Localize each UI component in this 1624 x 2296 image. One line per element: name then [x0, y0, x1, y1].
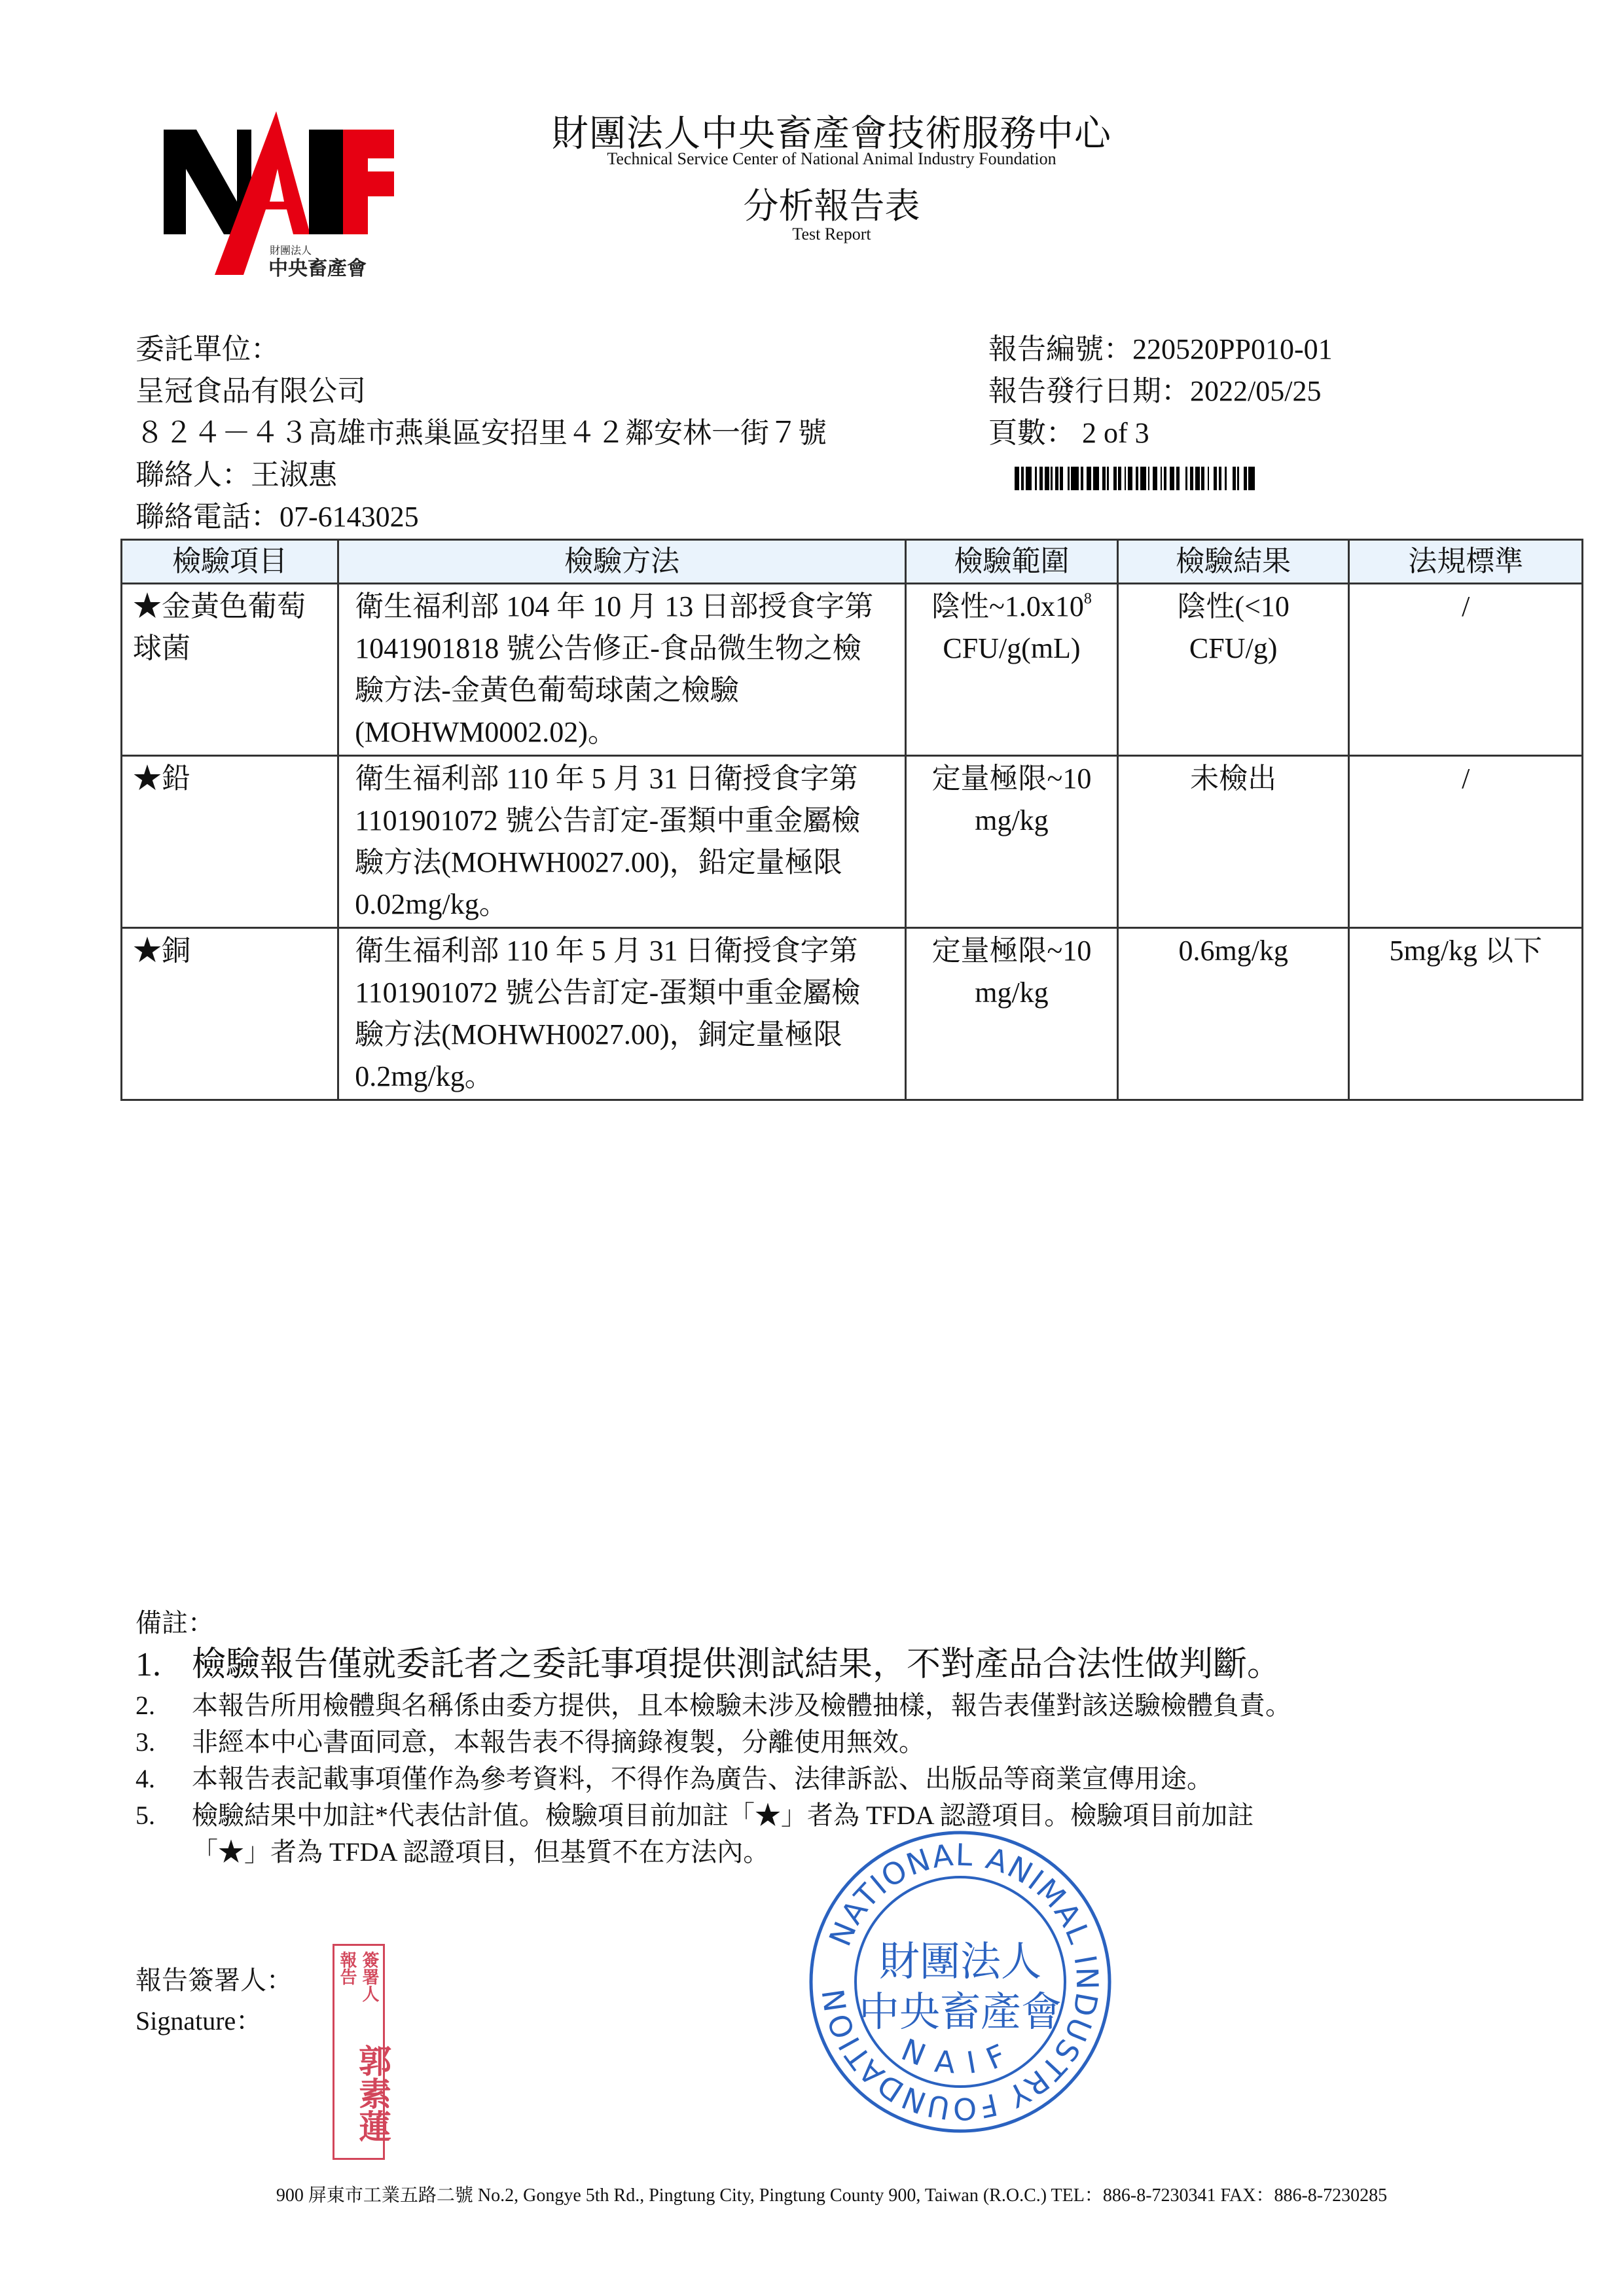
note-item-5: 5.檢驗結果中加註*代表估計值。檢驗項目前加註「★」者為 TFDA 認證項目。檢… — [135, 1797, 1291, 1834]
signature-label-zh: 報告簽署人： — [135, 1960, 293, 2001]
svg-text:財團法人: 財團法人 — [879, 1937, 1041, 1985]
note-item-1: 1.檢驗報告僅就委託者之委託事項提供測試結果，不對產品合法性做判斷。 — [135, 1636, 1281, 1685]
signature-stamp: 報告 簽署人 郭素蓮 — [333, 1944, 385, 2160]
report-meta: 報告編號：220520PP010-01 報告發行日期：2022/05/25 頁數… — [988, 329, 1333, 454]
svg-text:中央畜產會: 中央畜產會 — [859, 1988, 1062, 2036]
report-issue-date: 報告發行日期：2022/05/25 — [988, 370, 1333, 412]
cell-item: ★銅 — [122, 928, 338, 1100]
table-row: ★銅 衛生福利部 110 年 5 月 31 日衛授食字第 1101901072 … — [122, 928, 1583, 1100]
cell-range: 定量極限~10mg/kg — [906, 756, 1118, 928]
client-label: 委託單位： — [135, 329, 827, 370]
cell-method: 衛生福利部 110 年 5 月 31 日衛授食字第 1101901072 號公告… — [338, 756, 906, 928]
note-item-4: 4.本報告表記載事項僅作為參考資料，不得作為廣告、法律訴訟、出版品等商業宣傳用途… — [135, 1761, 1291, 1797]
cell-standard: / — [1349, 756, 1583, 928]
note-item-3: 3.非經本中心書面同意，本報告表不得摘錄複製，分離使用無效。 — [135, 1724, 1291, 1761]
notes-list: 2.本報告所用檢體與名稱係由委方提供，且本檢驗未涉及檢體抽樣，報告表僅對該送驗檢… — [135, 1687, 1291, 1871]
signer-name: 郭素蓮 — [354, 2044, 391, 2142]
cell-result: 陰性(<10 CFU/g) — [1117, 584, 1349, 756]
cell-range: 定量極限~10mg/kg — [906, 928, 1118, 1100]
signature-label: 報告簽署人： Signature： — [135, 1960, 293, 2041]
signature-label-en: Signature： — [135, 2001, 293, 2041]
cell-method: 衛生福利部 110 年 5 月 31 日衛授食字第 1101901072 號公告… — [338, 928, 906, 1100]
cell-method: 衛生福利部 104 年 10 月 13 日部授食字第 1041901818 號公… — [338, 584, 906, 756]
client-company: 呈冠食品有限公司 — [135, 370, 827, 412]
report-title-en: Test Report — [0, 224, 1624, 244]
header-regulation-standard: 法規標準 — [1349, 540, 1583, 584]
header-test-method: 檢驗方法 — [338, 540, 906, 584]
svg-text:NAIF: NAIF — [897, 2032, 1024, 2081]
cell-range: 陰性~1.0x108CFU/g(mL) — [906, 584, 1118, 756]
cell-item: ★金黃色葡萄球菌 — [122, 584, 338, 756]
client-info: 委託單位： 呈冠食品有限公司 ８２４－４３高雄市燕巢區安招里４２鄰安林一街７號 … — [135, 329, 827, 538]
note-item-5-continued: 「★」者為 TFDA 認證項目，但基質不在方法內。 — [135, 1834, 1291, 1871]
client-phone: 聯絡電話：07-6143025 — [135, 496, 827, 538]
header-test-item: 檢驗項目 — [122, 540, 338, 584]
table-header-row: 檢驗項目 檢驗方法 檢驗範圍 檢驗結果 法規標準 — [122, 540, 1583, 584]
client-contact: 聯絡人：王淑惠 — [135, 454, 827, 496]
footer-address: 900 屏東市工業五路二號 No.2, Gongye 5th Rd., Ping… — [0, 2181, 1624, 2207]
org-name-en: Technical Service Center of National Ani… — [0, 149, 1624, 169]
seal-icon: NATIONAL ANIMAL INDUSTRY FOUNDATION NAIF… — [806, 1828, 1114, 2136]
header-test-range: 檢驗範圍 — [906, 540, 1118, 584]
report-pages: 頁數： 2 of 3 — [988, 412, 1333, 454]
notes-label: 備註： — [135, 1602, 214, 1640]
official-seal: NATIONAL ANIMAL INDUSTRY FOUNDATION NAIF… — [806, 1828, 1114, 2136]
cell-standard: / — [1349, 584, 1583, 756]
report-number: 報告編號：220520PP010-01 — [988, 329, 1333, 370]
svg-text:中央畜產會: 中央畜產會 — [268, 257, 367, 280]
note-item-2: 2.本報告所用檢體與名稱係由委方提供，且本檢驗未涉及檢體抽樣，報告表僅對該送驗檢… — [135, 1687, 1291, 1724]
header-test-result: 檢驗結果 — [1117, 540, 1349, 584]
client-address: ８２４－４３高雄市燕巢區安招里４２鄰安林一街７號 — [135, 412, 827, 454]
table-row: ★鉛 衛生福利部 110 年 5 月 31 日衛授食字第 1101901072 … — [122, 756, 1583, 928]
cell-result: 未檢出 — [1117, 756, 1349, 928]
results-table: 檢驗項目 檢驗方法 檢驗範圍 檢驗結果 法規標準 ★金黃色葡萄球菌 衛生福利部 … — [120, 539, 1583, 1101]
table-row: ★金黃色葡萄球菌 衛生福利部 104 年 10 月 13 日部授食字第 1041… — [122, 584, 1583, 756]
cell-standard: 5mg/kg 以下 — [1349, 928, 1583, 1100]
cell-result: 0.6mg/kg — [1117, 928, 1349, 1100]
report-title-zh: 分析報告表 — [0, 178, 1624, 228]
svg-text:財團法人: 財團法人 — [270, 244, 312, 257]
cell-item: ★鉛 — [122, 756, 338, 928]
barcode — [1015, 467, 1384, 490]
